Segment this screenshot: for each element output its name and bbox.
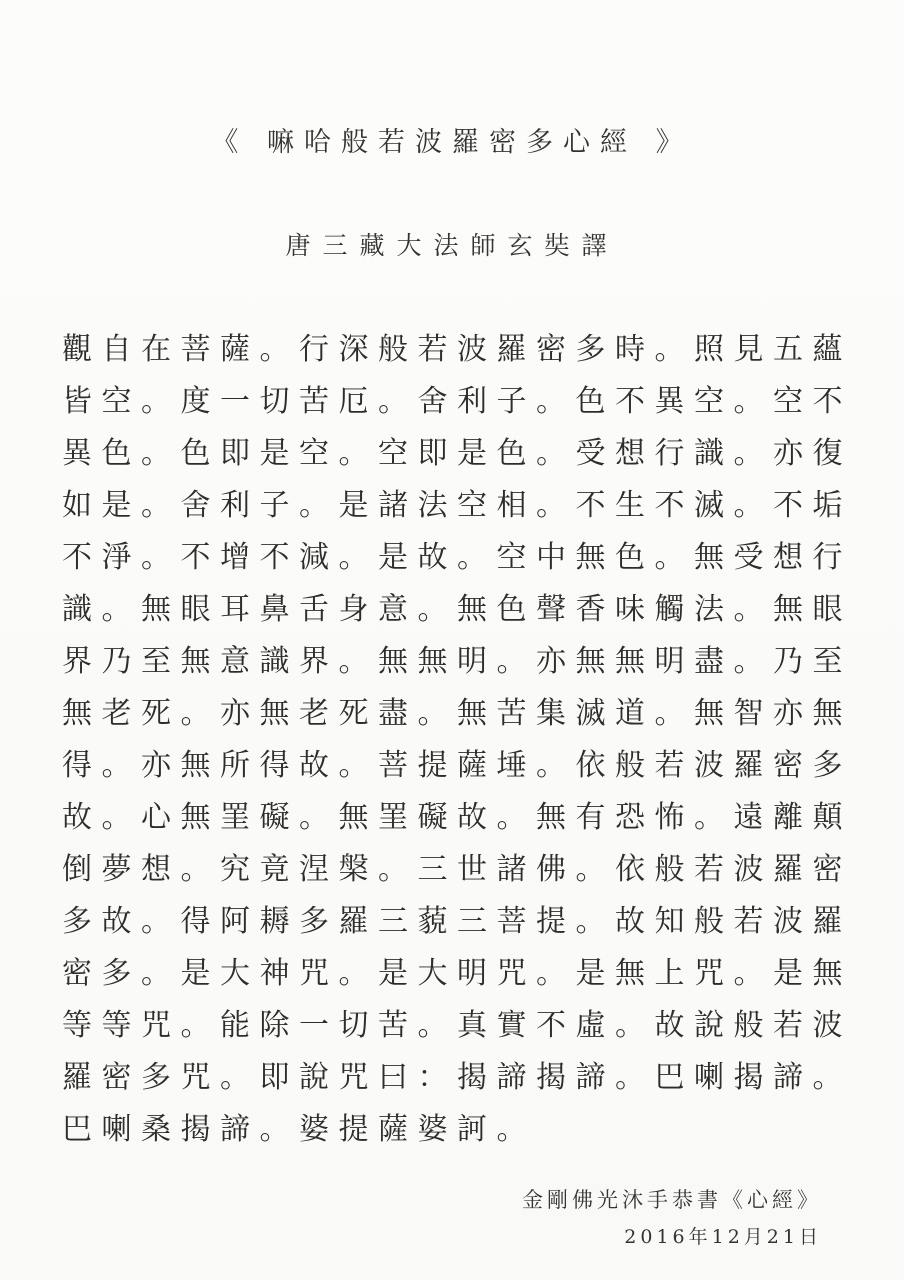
body-line: 得。亦無所得故。菩提薩埵。依般若波羅密多 (62, 746, 852, 798)
date: 2016年12月21日 (522, 1222, 822, 1249)
body-line: 羅密多咒。即說咒曰：揭諦揭諦。巴喇揭諦。 (62, 1058, 852, 1110)
body-line: 故。心無罣礙。無罣礙故。無有恐怖。遠離顛 (62, 798, 852, 850)
paper-page: 《 嘛哈般若波羅密多心經 》 唐三藏大法師玄奘譯 觀自在菩薩。行深般若波羅密多時… (0, 0, 904, 1280)
body-line: 不淨。不增不減。是故。空中無色。無受想行 (62, 538, 852, 590)
body-line: 密多。是大神咒。是大明咒。是無上咒。是無 (62, 954, 852, 1006)
body-line: 無老死。亦無老死盡。無苦集滅道。無智亦無 (62, 694, 852, 746)
body-line: 觀自在菩薩。行深般若波羅密多時。照見五蘊 (62, 330, 852, 382)
translator-line: 唐三藏大法師玄奘譯 (0, 226, 904, 262)
body-line: 多故。得阿耨多羅三藐三菩提。故知般若波羅 (62, 902, 852, 954)
body-line: 如是。舍利子。是諸法空相。不生不滅。不垢 (62, 486, 852, 538)
body-line: 巴喇桑揭諦。婆提薩婆訶。 (62, 1110, 852, 1162)
body-line: 異色。色即是空。空即是色。受想行識。亦復 (62, 434, 852, 486)
body-line: 倒夢想。究竟涅槃。三世諸佛。依般若波羅密 (62, 850, 852, 902)
body-line: 識。無眼耳鼻舌身意。無色聲香味觸法。無眼 (62, 590, 852, 642)
body-line: 皆空。度一切苦厄。舍利子。色不異空。空不 (62, 382, 852, 434)
body-line: 等等咒。能除一切苦。真實不虛。故說般若波 (62, 1006, 852, 1058)
body-line: 界乃至無意識界。無無明。亦無無明盡。乃至 (62, 642, 852, 694)
sutra-body: 觀自在菩薩。行深般若波羅密多時。照見五蘊 皆空。度一切苦厄。舍利子。色不異空。空… (62, 330, 852, 1162)
signature-block: 金剛佛光沐手恭書《心經》 2016年12月21日 (522, 1184, 822, 1249)
signature: 金剛佛光沐手恭書《心經》 (522, 1184, 822, 1214)
sutra-title: 《 嘛哈般若波羅密多心經 》 (0, 120, 904, 159)
